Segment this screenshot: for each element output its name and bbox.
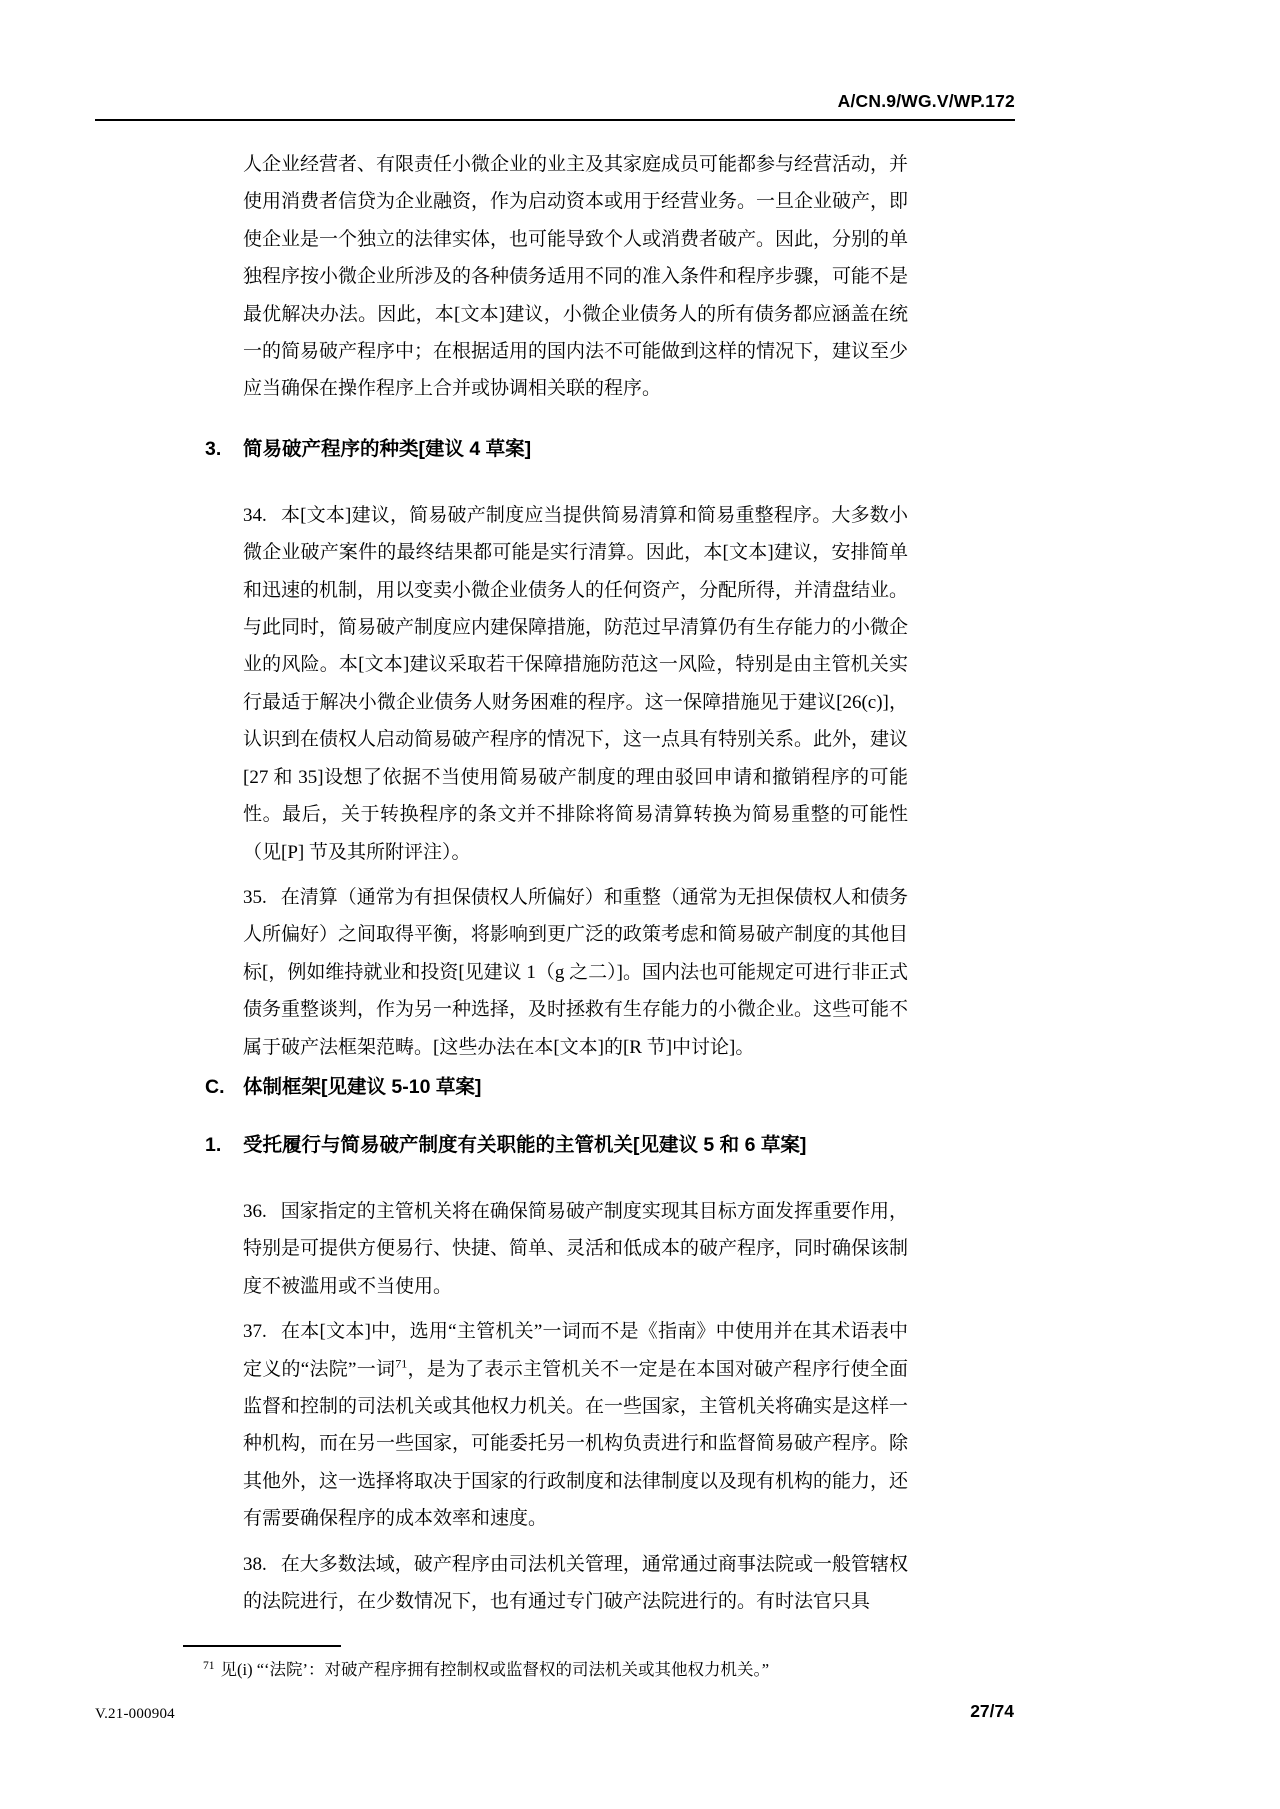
paragraph-number: 37. <box>243 1321 281 1342</box>
section-number: 3. <box>205 436 221 463</box>
section-number: C. <box>205 1074 225 1101</box>
footnote-reference-71: 71 <box>395 1356 407 1370</box>
section-number: 1. <box>205 1132 221 1159</box>
paragraph-text: 人企业经营者、有限责任小微企业的业主及其家庭成员可能都参与经营活动，并使用消费者… <box>243 154 908 399</box>
paragraph-37: 37.在本[文本]中，选用“主管机关”一词而不是《指南》中使用并在其术语表中定义… <box>243 1313 908 1537</box>
paragraph-34: 34.本[文本]建议，简易破产制度应当提供简易清算和简易重整程序。大多数小微企业… <box>243 497 908 871</box>
paragraph-number: 34. <box>243 505 281 526</box>
section-heading-3: 3. 简易破产程序的种类[建议 4 草案] <box>243 436 908 463</box>
document-page: A/CN.9/WG.V/WP.172 人企业经营者、有限责任小微企业的业主及其家… <box>0 0 1280 1809</box>
footer-page-number: 27/74 <box>970 1701 1014 1722</box>
paragraph-intro-continuation: 人企业经营者、有限责任小微企业的业主及其家庭成员可能都参与经营活动，并使用消费者… <box>243 146 908 408</box>
paragraph-text: 本[文本]建议，简易破产制度应当提供简易清算和简易重整程序。大多数小微企业破产案… <box>243 505 908 863</box>
doc-symbol: A/CN.9/WG.V/WP.172 <box>838 91 1015 112</box>
footer-document-number: V.21-000904 <box>95 1706 175 1723</box>
paragraph-38: 38.在大多数法域，破产程序由司法机关管理，通常通过商事法院或一般管辖权的法院进… <box>243 1546 908 1621</box>
paragraph-text: ，是为了表示主管机关不一定是在本国对破产程序行使全面监督和控制的司法机关或其他权… <box>243 1359 908 1530</box>
section-title: 简易破产程序的种类[建议 4 草案] <box>243 438 531 460</box>
section-title: 体制框架[见建议 5-10 草案] <box>243 1076 481 1098</box>
paragraph-35: 35.在清算（通常为有担保债权人所偏好）和重整（通常为无担保债权人和债务人所偏好… <box>243 879 908 1066</box>
header-rule <box>95 119 1015 121</box>
paragraph-number: 35. <box>243 887 281 908</box>
paragraph-text: 在大多数法域，破产程序由司法机关管理，通常通过商事法院或一般管辖权的法院进行，在… <box>243 1554 908 1612</box>
paragraph-number: 38. <box>243 1554 281 1575</box>
section-heading-C: C. 体制框架[见建议 5-10 草案] <box>243 1074 908 1101</box>
footnote-separator-rule <box>183 1645 341 1647</box>
paragraph-text: 国家指定的主管机关将在确保简易破产制度实现其目标方面发挥重要作用，特别是可提供方… <box>243 1201 908 1297</box>
paragraph-36: 36.国家指定的主管机关将在确保简易破产制度实现其目标方面发挥重要作用，特别是可… <box>243 1193 908 1305</box>
footnote-71: 71见(i) “‘法院’：对破产程序拥有控制权或监督权的司法机关或其他权力机关。… <box>203 1658 913 1682</box>
section-heading-C1: 1. 受托履行与简易破产制度有关职能的主管机关[见建议 5 和 6 草案] <box>243 1132 908 1159</box>
paragraph-number: 36. <box>243 1201 281 1222</box>
body-column: 人企业经营者、有限责任小微企业的业主及其家庭成员可能都参与经营活动，并使用消费者… <box>243 146 908 1628</box>
section-title: 受托履行与简易破产制度有关职能的主管机关[见建议 5 和 6 草案] <box>243 1134 806 1156</box>
footnote-marker: 71 <box>203 1660 221 1672</box>
footnote-text: 见(i) “‘法院’：对破产程序拥有控制权或监督权的司法机关或其他权力机关。” <box>221 1660 770 1679</box>
paragraph-text: 在清算（通常为有担保债权人所偏好）和重整（通常为无担保债权人和债务人所偏好）之间… <box>243 887 908 1058</box>
